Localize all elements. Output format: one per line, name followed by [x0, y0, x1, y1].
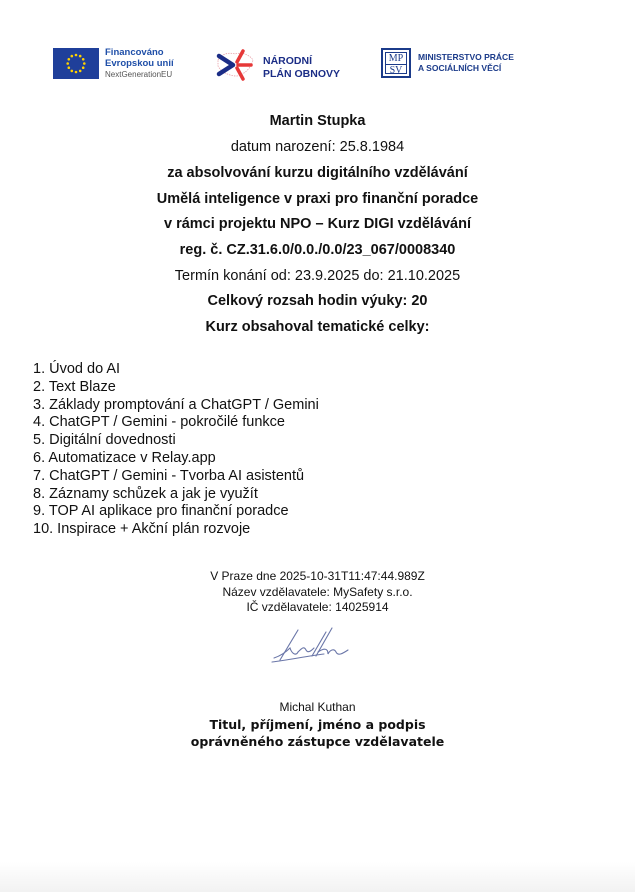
signature-icon	[268, 626, 352, 671]
eu-logo-line1: Financováno	[105, 47, 174, 58]
list-item: 1. Úvod do AI	[33, 361, 319, 379]
completion-line: za absolvování kurzu digitálního vzděláv…	[0, 165, 635, 181]
course-title: Umělá inteligence v praxi pro finanční p…	[0, 191, 635, 207]
mpsv-logo-line1: MINISTERSTVO PRÁCE	[418, 52, 514, 63]
birth-date: datum narození: 25.8.1984	[0, 139, 635, 155]
course-term: Termín konání od: 23.9.2025 do: 21.10.20…	[0, 268, 635, 284]
npo-logo-line2: PLÁN OBNOVY	[263, 68, 340, 81]
signer-title: Titul, příjmení, jméno a podpis oprávněn…	[0, 716, 635, 750]
eu-logo: Financováno Evropskou unií NextGeneratio…	[53, 47, 174, 80]
npo-logo-line1: NÁRODNÍ	[263, 55, 340, 68]
list-item: 7. ChatGPT / Gemini - Tvorba AI asistent…	[33, 468, 319, 486]
list-item: 4. ChatGPT / Gemini - pokročilé funkce	[33, 414, 319, 432]
recipient-name: Martin Stupka	[0, 113, 635, 129]
place-date: V Praze dne 2025-10-31T11:47:44.989Z	[0, 569, 635, 584]
mpsv-emblem-top: MP	[386, 53, 406, 64]
topics-list: 1. Úvod do AI 2. Text Blaze 3. Základy p…	[33, 361, 319, 539]
eu-logo-line2: Evropskou unií	[105, 58, 174, 69]
mpsv-emblem-icon: MP SV	[381, 48, 411, 78]
list-item: 6. Automatizace v Relay.app	[33, 450, 319, 468]
provider-id: IČ vzdělavatele: 14025914	[0, 600, 635, 615]
list-item: 9. TOP AI aplikace pro finanční poradce	[33, 503, 319, 521]
signer-title-line2: oprávněného zástupce vzdělavatele	[0, 733, 635, 750]
npo-logo-icon	[215, 48, 255, 87]
eu-logo-line3: NextGenerationEU	[105, 69, 174, 80]
signer-title-line1: Titul, příjmení, jméno a podpis	[0, 716, 635, 733]
mpsv-logo: MP SV MINISTERSTVO PRÁCE A SOCIÁLNÍCH VĚ…	[381, 48, 514, 78]
provider-name: Název vzdělavatele: MySafety s.r.o.	[0, 585, 635, 600]
mpsv-emblem-bottom: SV	[386, 64, 406, 76]
project-line: v rámci projektu NPO – Kurz DIGI vzděláv…	[0, 216, 635, 232]
list-item: 10. Inspirace + Akční plán rozvoje	[33, 521, 319, 539]
npo-logo: NÁRODNÍ PLÁN OBNOVY	[215, 48, 340, 87]
list-item: 3. Základy promptování a ChatGPT / Gemin…	[33, 397, 319, 415]
list-item: 2. Text Blaze	[33, 379, 319, 397]
registration-number: reg. č. CZ.31.6.0/0.0./0.0/23_067/000834…	[0, 242, 635, 258]
mpsv-logo-line2: A SOCIÁLNÍCH VĚCÍ	[418, 63, 514, 74]
total-hours: Celkový rozsah hodin výuky: 20	[0, 293, 635, 309]
eu-flag-icon	[53, 48, 99, 79]
signer-name: Michal Kuthan	[0, 700, 635, 714]
topics-heading: Kurz obsahoval tematické celky:	[0, 319, 635, 335]
list-item: 8. Záznamy schůzek a jak je využít	[33, 486, 319, 504]
logo-header: Financováno Evropskou unií NextGeneratio…	[0, 0, 635, 100]
list-item: 5. Digitální dovednosti	[33, 432, 319, 450]
